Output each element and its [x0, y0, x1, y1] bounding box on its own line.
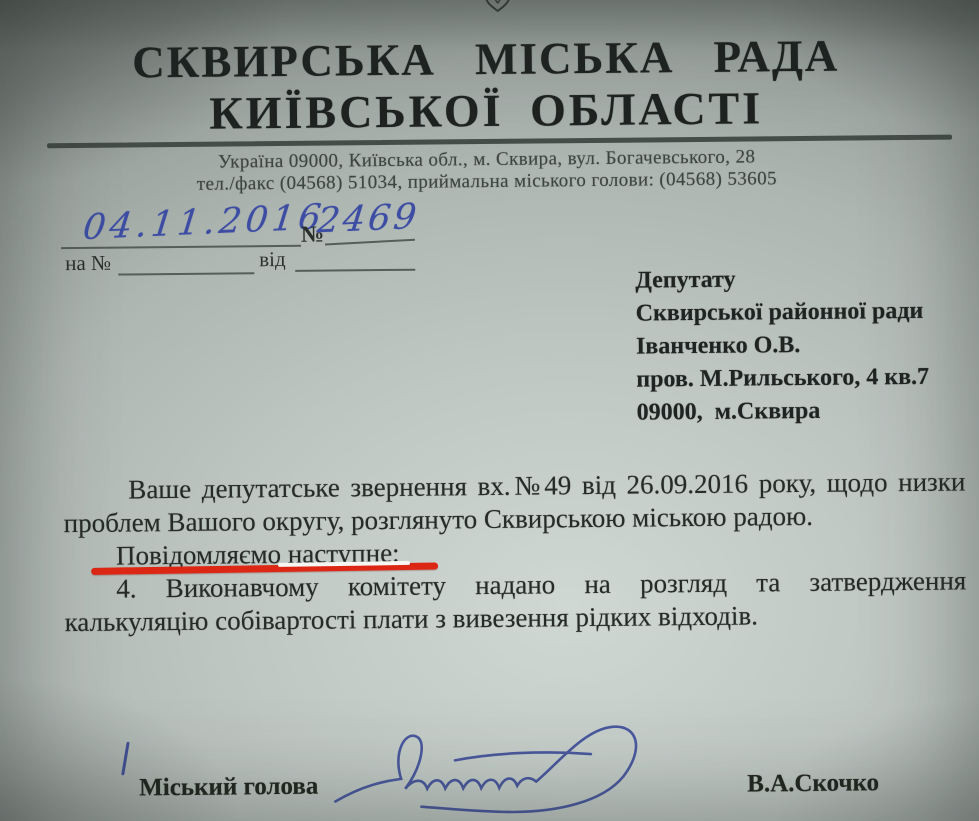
letter-page: СКВИРСЬКА МІСЬКА РАДА КИЇВСЬКОЇ ОБЛАСТІ … [0, 0, 979, 821]
on-number-label: на № [65, 251, 111, 276]
handwritten-date: 04.11.2016 [81, 197, 327, 248]
org-title-line2: КИЇВСЬКОЇ ОБЛАСТІ [0, 79, 976, 141]
on-number-underline [118, 272, 254, 275]
recipient-council: Сквирської районної ради [636, 295, 929, 331]
recipient-name: Іванченко О.В. [636, 328, 929, 364]
handwritten-signature [333, 720, 694, 821]
pen-tick-mark [121, 741, 130, 775]
from-underline [295, 269, 415, 272]
letter-body: Ваше депутатське звернення вх.№49 від 26… [63, 465, 967, 639]
handwritten-number: 2469 [315, 197, 421, 242]
recipient-street: пров. М.Рильського, 4 кв.7 [636, 361, 929, 397]
recipient-role: Депутату [635, 262, 928, 298]
signer-title: Міський голова [139, 773, 318, 803]
signer-name: В.А.Скочко [747, 769, 879, 798]
recipient-city: 09000, м.Сквира [636, 394, 929, 430]
trident-emblem-icon [482, 0, 514, 18]
scanned-letter-photo: СКВИРСЬКА МІСЬКА РАДА КИЇВСЬКОЇ ОБЛАСТІ … [0, 0, 979, 821]
from-label: від [259, 247, 286, 272]
red-underline-highlight [278, 561, 410, 567]
recipient-block: Депутату Сквирської районної ради Іванче… [635, 262, 929, 430]
